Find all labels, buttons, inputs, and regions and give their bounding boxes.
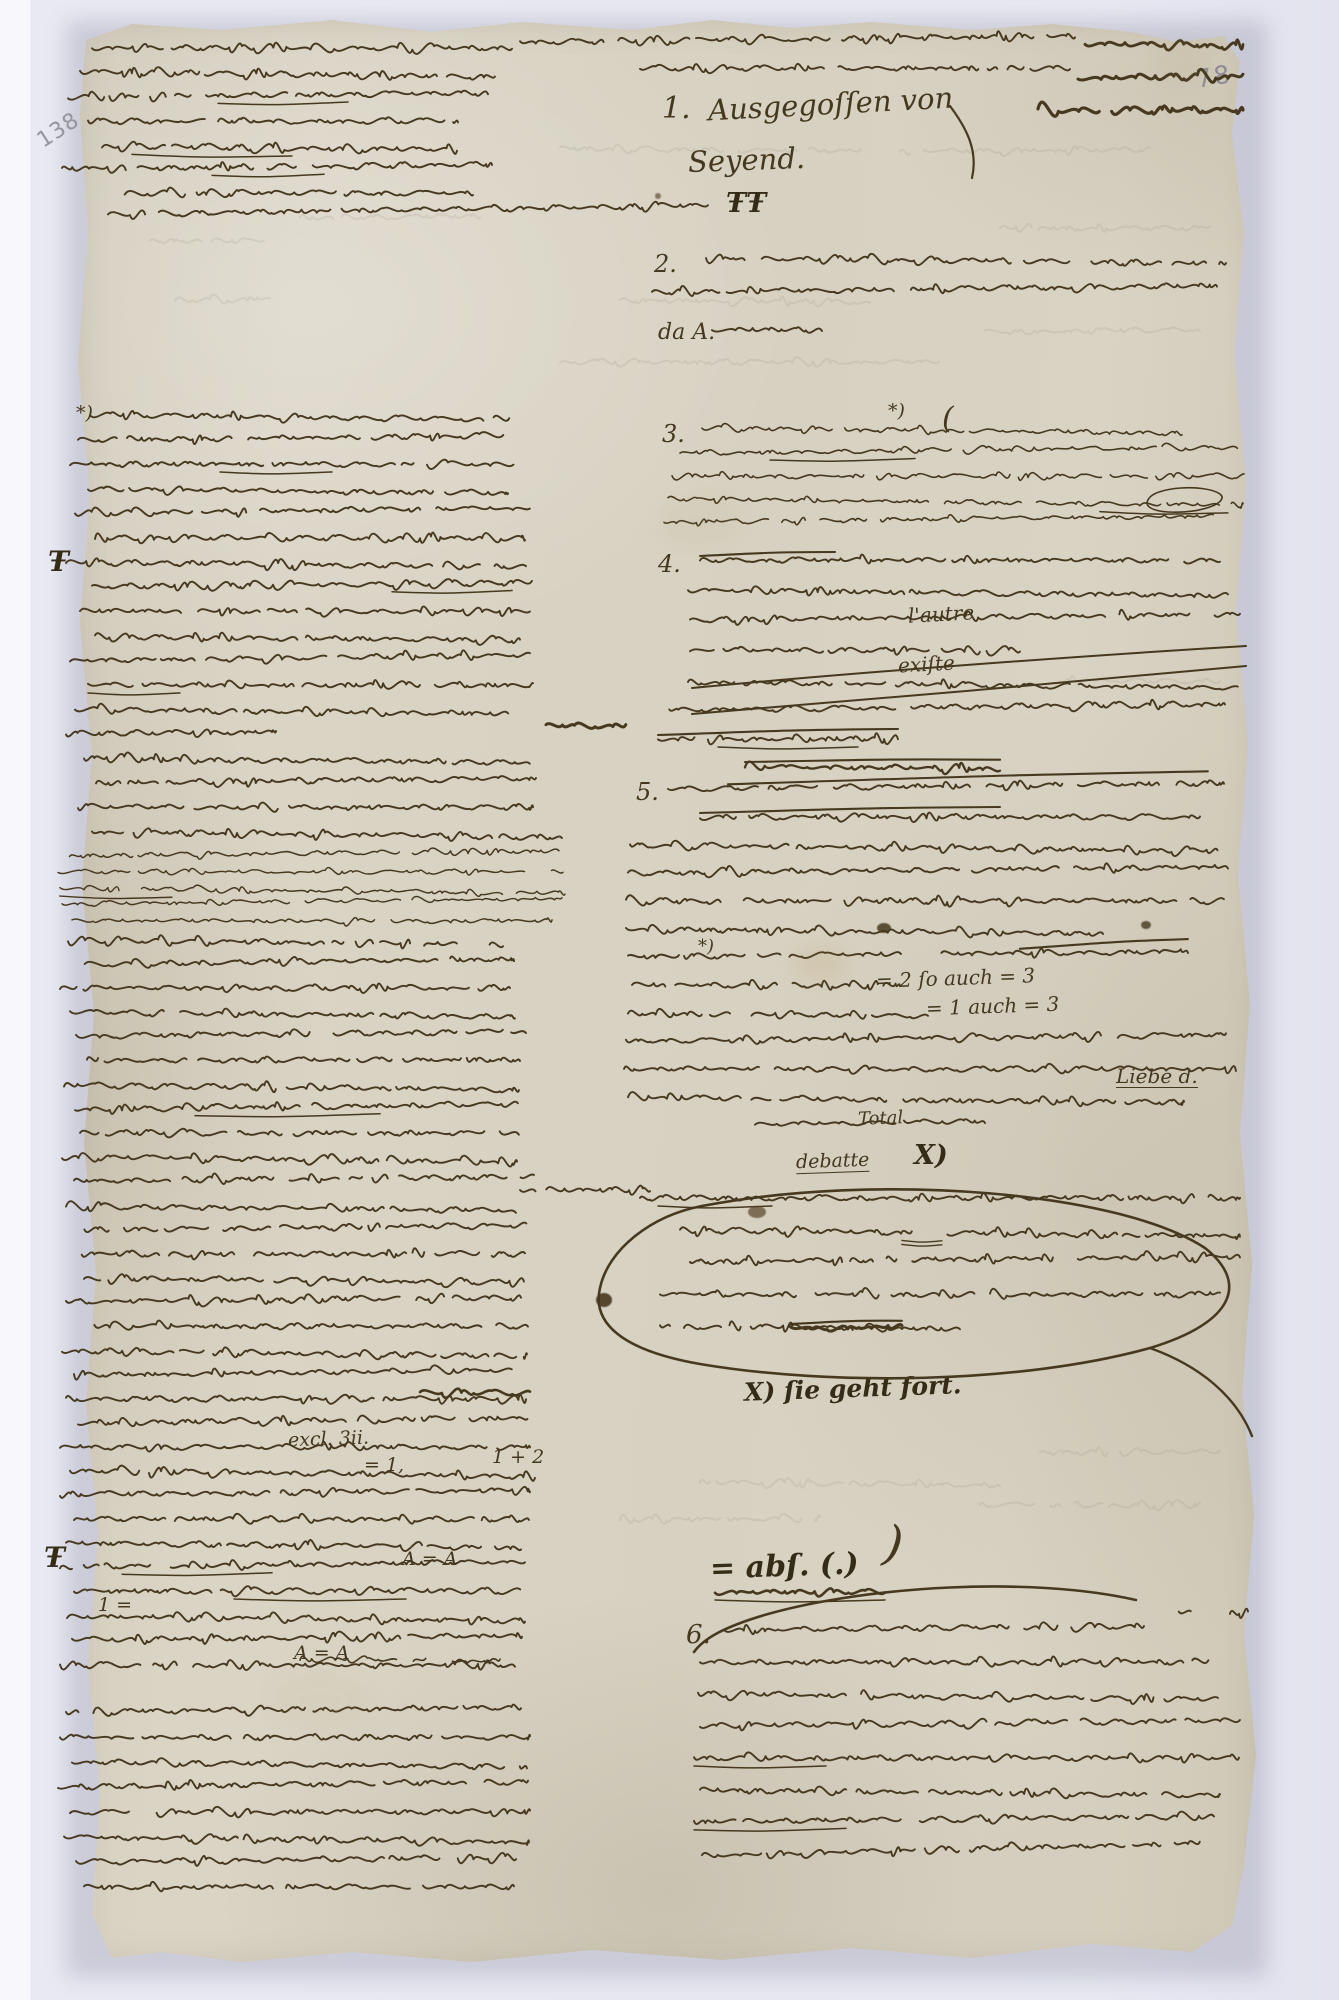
ink-layer: 78 138 *)1.Ausgegoſſen vonSeyend.ŦŦ2.da … bbox=[0, 0, 1339, 2000]
paper-stain bbox=[658, 494, 742, 546]
flourish-strokes bbox=[0, 0, 1339, 2000]
ink-blot bbox=[596, 1293, 612, 1307]
paper-stain bbox=[1150, 38, 1210, 82]
manuscript-scan: { "document": { "type": "handwritten man… bbox=[0, 0, 1339, 2000]
ink-blot bbox=[748, 1206, 766, 1218]
ink-blot bbox=[655, 193, 661, 199]
paper-stain bbox=[792, 947, 848, 983]
ink-blot bbox=[1141, 921, 1151, 929]
ink-blot bbox=[877, 923, 891, 933]
paper-stain bbox=[270, 1670, 370, 1730]
